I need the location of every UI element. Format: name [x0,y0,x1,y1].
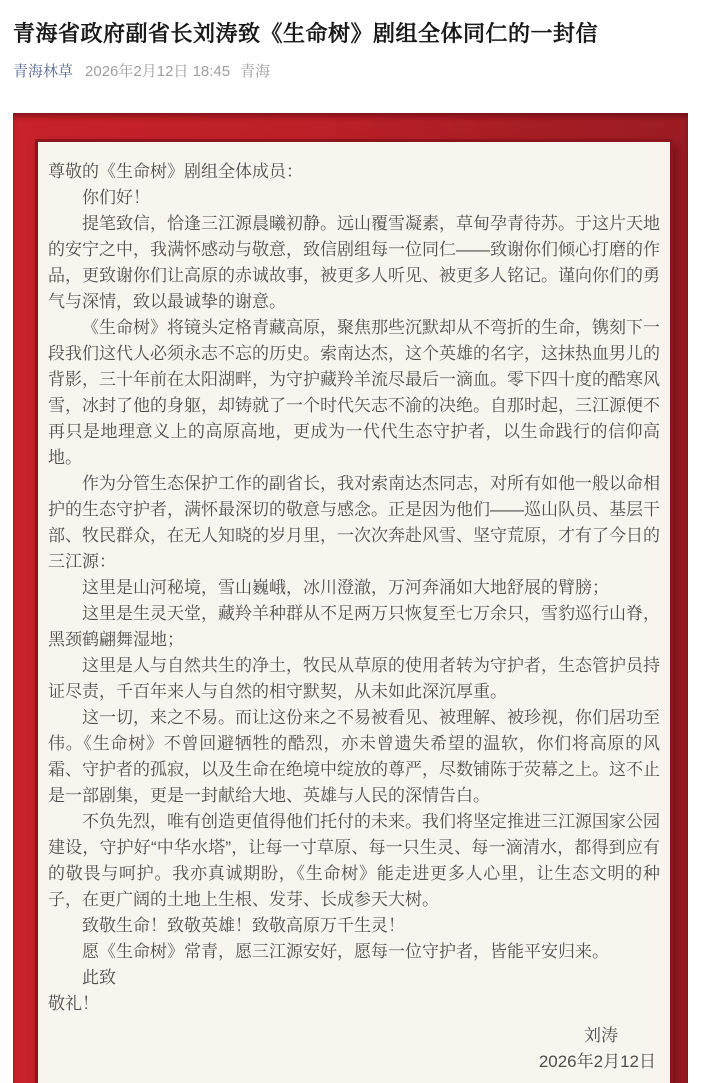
letter-paragraph-body: 致敬生命！致敬英雄！致敬高原万千生灵！ [48,913,660,939]
letter-paper: 尊敬的《生命树》剧组全体成员：你们好！提笔致信，恰逢三江源晨曦初静。远山覆雪凝素… [35,139,673,1083]
letter-paragraph-signature: 刘涛 [48,1023,660,1049]
letter-paragraph-closing: 敬礼！ [48,991,660,1017]
letter-paragraph-body: 不负先烈，唯有创造更值得他们托付的未来。我们将坚定推进三江源国家公园建设，守护好… [48,809,660,913]
letter-paragraph-body: 这里是生灵天堂，藏羚羊种群从不足两万只恢复至七万余只，雪豹巡行山脊，黑颈鹤翩舞湿… [48,601,660,653]
letter-paragraph-body: 这一切，来之不易。而让这份来之不易被看见、被理解、被珍视，你们居功至伟。《生命树… [48,705,660,809]
letter-paragraph-closing: 此致 [48,965,660,991]
article-page: { "article": { "title": "青海省政府副省长刘涛致《生命树… [0,0,702,1083]
account-name-link[interactable]: 青海林草 [13,63,73,80]
letter-paragraph-body: 《生命树》将镜头定格青藏高原，聚焦那些沉默却从不弯折的生命，镌刻下一段我们这代人… [48,315,660,471]
letter-paragraph-salutation: 尊敬的《生命树》剧组全体成员： [48,159,660,185]
letter-paragraph-body: 这里是人与自然共生的净土，牧民从草原的使用者转为守护者，生态管护员持证尽责，千百… [48,653,660,705]
letter-body: 尊敬的《生命树》剧组全体成员：你们好！提笔致信，恰逢三江源晨曦初静。远山覆雪凝素… [48,159,660,1075]
letter-paragraph-signature-date: 2026年2月12日 [48,1049,660,1075]
letter-paragraph-body: 这里是山河秘境，雪山巍峨，冰川澄澈，万河奔涌如大地舒展的臂膀； [48,575,660,601]
letter-paragraph-body: 作为分管生态保护工作的副省长，我对索南达杰同志，对所有如他一般以命相护的生态守护… [48,471,660,575]
byline: 青海林草2026年2月12日 18:45青海 [13,62,689,82]
article-title: 青海省政府副省长刘涛致《生命树》剧组全体同仁的一封信 [0,0,702,49]
letter-paragraph-body: 愿《生命树》常青，愿三江源安好，愿每一位守护者，皆能平安归来。 [48,939,660,965]
letter-paragraph-body: 提笔致信，恰逢三江源晨曦初静。远山覆雪凝素，草甸孕青待苏。于这片天地的安宁之中，… [48,211,660,315]
letter-paragraph-greeting: 你们好！ [48,185,660,211]
publish-location: 青海 [240,63,270,80]
publish-datetime: 2026年2月12日 18:45 [85,63,230,80]
letter-red-frame: 尊敬的《生命树》剧组全体成员：你们好！提笔致信，恰逢三江源晨曦初静。远山覆雪凝素… [13,113,688,1083]
